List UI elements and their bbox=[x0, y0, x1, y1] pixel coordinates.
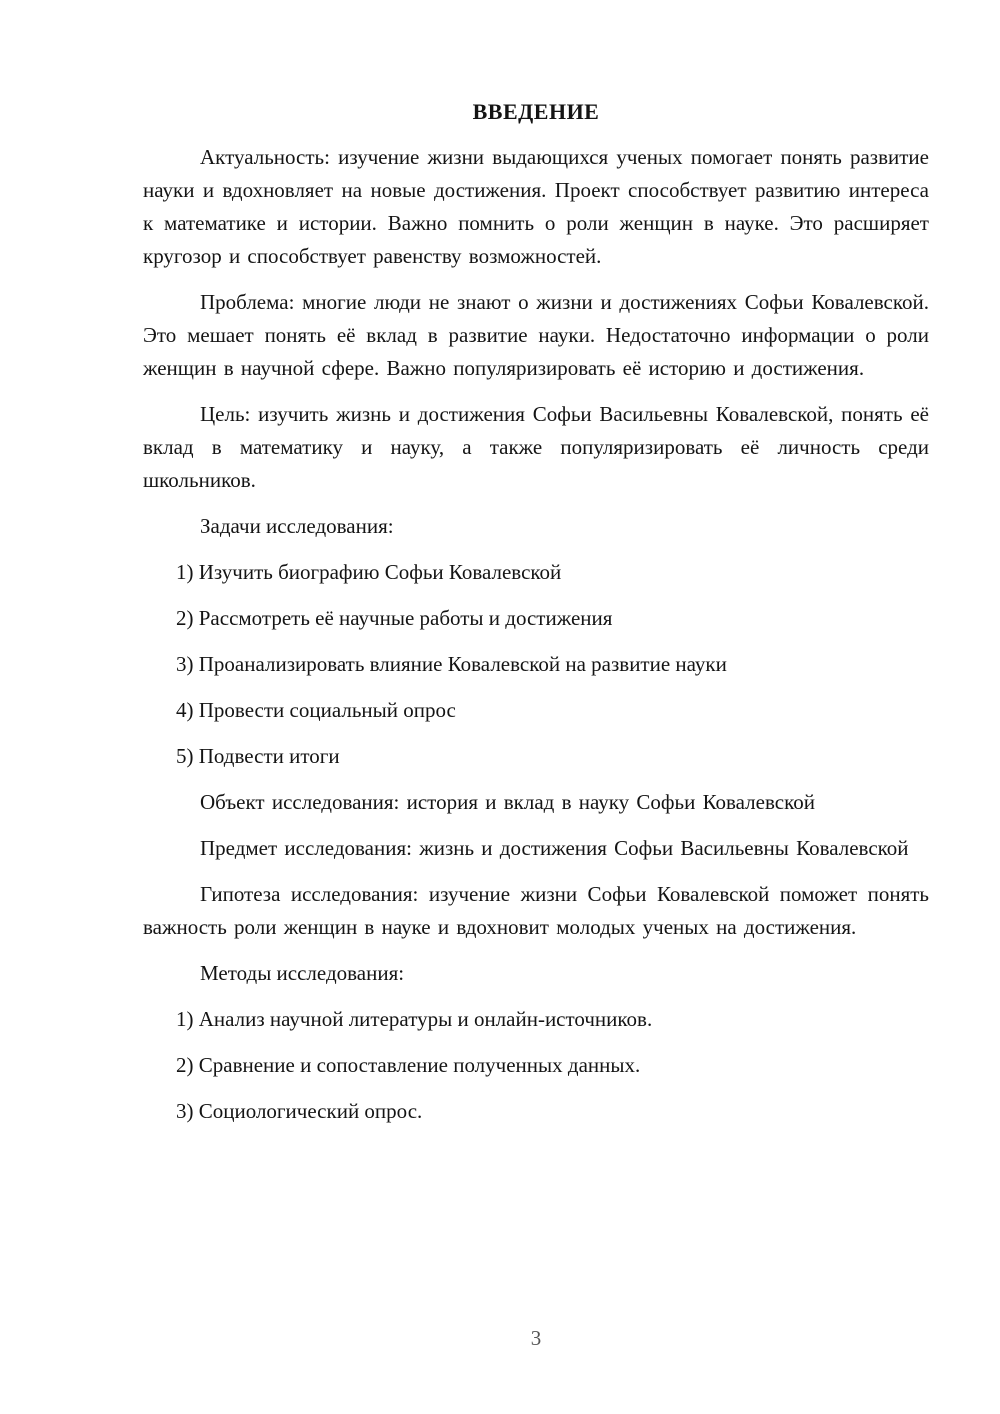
methods-heading: Методы исследования: bbox=[143, 957, 929, 990]
paragraph-problema: Проблема: многие люди не знают о жизни и… bbox=[143, 286, 929, 385]
task-item-4: 4) Провести социальный опрос bbox=[143, 694, 929, 727]
task-item-5: 5) Подвести итоги bbox=[143, 740, 929, 773]
task-item-2: 2) Рассмотреть её научные работы и дости… bbox=[143, 602, 929, 635]
tasks-heading: Задачи исследования: bbox=[143, 510, 929, 543]
document-content: ВВЕДЕНИЕ Актуальность: изучение жизни вы… bbox=[143, 95, 929, 1141]
paragraph-gipoteza: Гипотеза исследования: изучение жизни Со… bbox=[143, 878, 929, 944]
paragraph-obekt: Объект исследования: история и вклад в н… bbox=[143, 786, 929, 819]
method-item-2: 2) Сравнение и сопоставление полученных … bbox=[143, 1049, 929, 1082]
document-page: ВВЕДЕНИЕ Актуальность: изучение жизни вы… bbox=[0, 0, 1000, 1414]
page-number: 3 bbox=[143, 1322, 929, 1355]
paragraph-predmet: Предмет исследования: жизнь и достижения… bbox=[143, 832, 929, 865]
task-item-3: 3) Проанализировать влияние Ковалевской … bbox=[143, 648, 929, 681]
paragraph-cel: Цель: изучить жизнь и достижения Софьи В… bbox=[143, 398, 929, 497]
document-title: ВВЕДЕНИЕ bbox=[143, 95, 929, 128]
method-item-1: 1) Анализ научной литературы и онлайн-ис… bbox=[143, 1003, 929, 1036]
paragraph-aktualnost: Актуальность: изучение жизни выдающихся … bbox=[143, 141, 929, 273]
task-item-1: 1) Изучить биографию Софьи Ковалевской bbox=[143, 556, 929, 589]
method-item-3: 3) Социологический опрос. bbox=[143, 1095, 929, 1128]
